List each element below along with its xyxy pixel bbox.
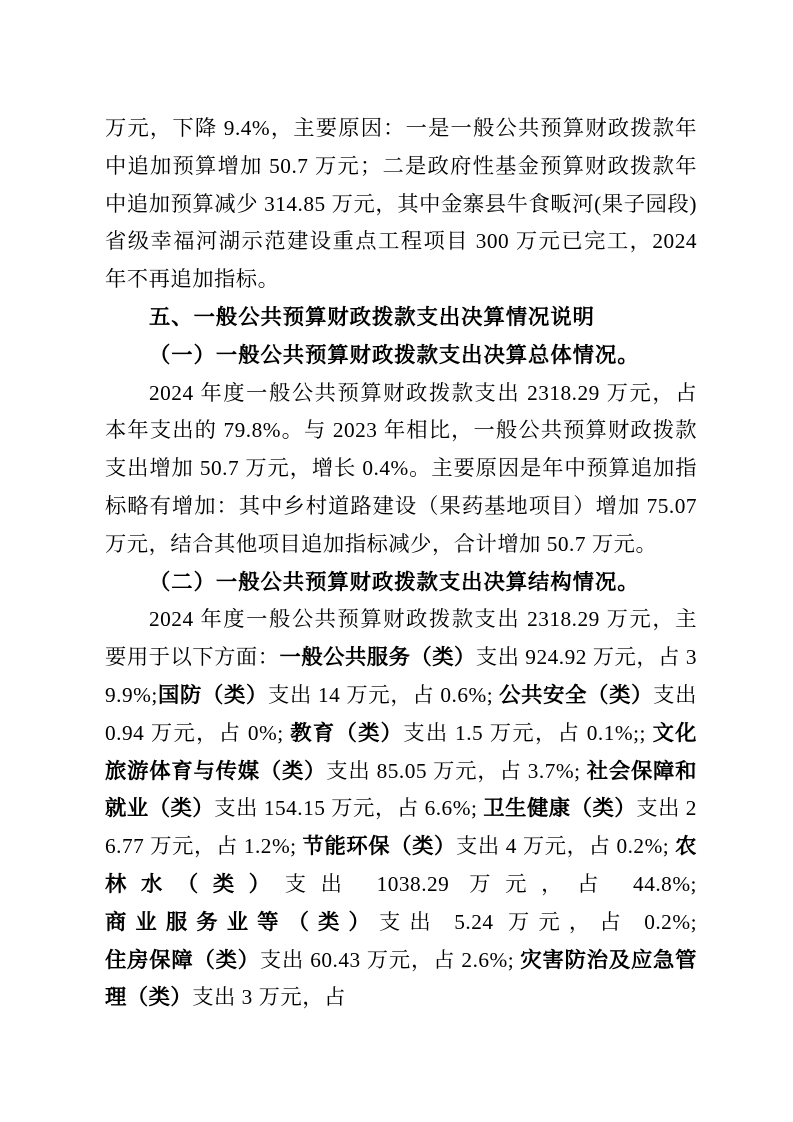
document-page: 万元，下降 9.4%，主要原因：一是一般公共预算财政拨款年中追加预算增加 50.… <box>0 0 793 1122</box>
text-segment: 国防（类） <box>158 683 268 707</box>
subsection-heading-five-1: （一）一般公共预算财政拨款支出决算总体情况。 <box>105 337 697 375</box>
text-segment: 五、一般公共预算财政拨款支出决算情况说明 <box>149 305 595 329</box>
text-segment: 商业服务业等（类） <box>105 910 379 934</box>
text-segment: 支出 14 万元，占 0.6%; <box>268 683 499 707</box>
text-segment: 支出 5.24 万元，占 0.2%; <box>379 910 697 934</box>
paragraph-expenditure-structure: 2024 年度一般公共预算财政拨款支出 2318.29 万元，主要用于以下方面：… <box>105 601 697 1017</box>
text-segment: （二）一般公共预算财政拨款支出决算结构情况。 <box>149 570 640 594</box>
text-segment: 支出 3 万元，占 <box>192 985 346 1009</box>
text-segment: 支出 60.43 万元，占 2.6%; <box>260 948 521 972</box>
text-segment: 支出 85.05 万元，占 3.7%; <box>326 759 587 783</box>
section-heading-five: 五、一般公共预算财政拨款支出决算情况说明 <box>105 299 697 337</box>
text-segment: 2024 年度一般公共预算财政拨款支出 2318.29 万元，占本年支出的 79… <box>105 381 697 556</box>
paragraph-overall-situation: 2024 年度一般公共预算财政拨款支出 2318.29 万元，占本年支出的 79… <box>105 375 697 564</box>
text-segment: 住房保障（类） <box>105 948 260 972</box>
text-segment: 节能环保（类） <box>303 834 456 858</box>
text-segment: 支出 1.5 万元，占 0.1%;; <box>403 721 652 745</box>
text-segment: 支出 1038.29 万元，占 44.8%; <box>285 872 697 896</box>
text-segment: （一）一般公共预算财政拨款支出决算总体情况。 <box>149 343 640 367</box>
text-segment: 万元，下降 9.4%，主要原因：一是一般公共预算财政拨款年中追加预算增加 50.… <box>105 116 697 291</box>
text-segment: 教育（类） <box>290 721 403 745</box>
paragraph-continuation-from-previous-page: 万元，下降 9.4%，主要原因：一是一般公共预算财政拨款年中追加预算增加 50.… <box>105 110 697 299</box>
document-text-block: 万元，下降 9.4%，主要原因：一是一般公共预算财政拨款年中追加预算增加 50.… <box>105 110 697 1017</box>
text-segment: 卫生健康（类） <box>483 796 636 820</box>
text-segment: 支出 154.15 万元，占 6.6%; <box>214 796 483 820</box>
text-segment: 公共安全（类） <box>499 683 653 707</box>
text-segment: 一般公共服务（类） <box>280 645 476 669</box>
subsection-heading-five-2: （二）一般公共预算财政拨款支出决算结构情况。 <box>105 564 697 602</box>
text-segment: 支出 4 万元，占 0.2%; <box>456 834 675 858</box>
